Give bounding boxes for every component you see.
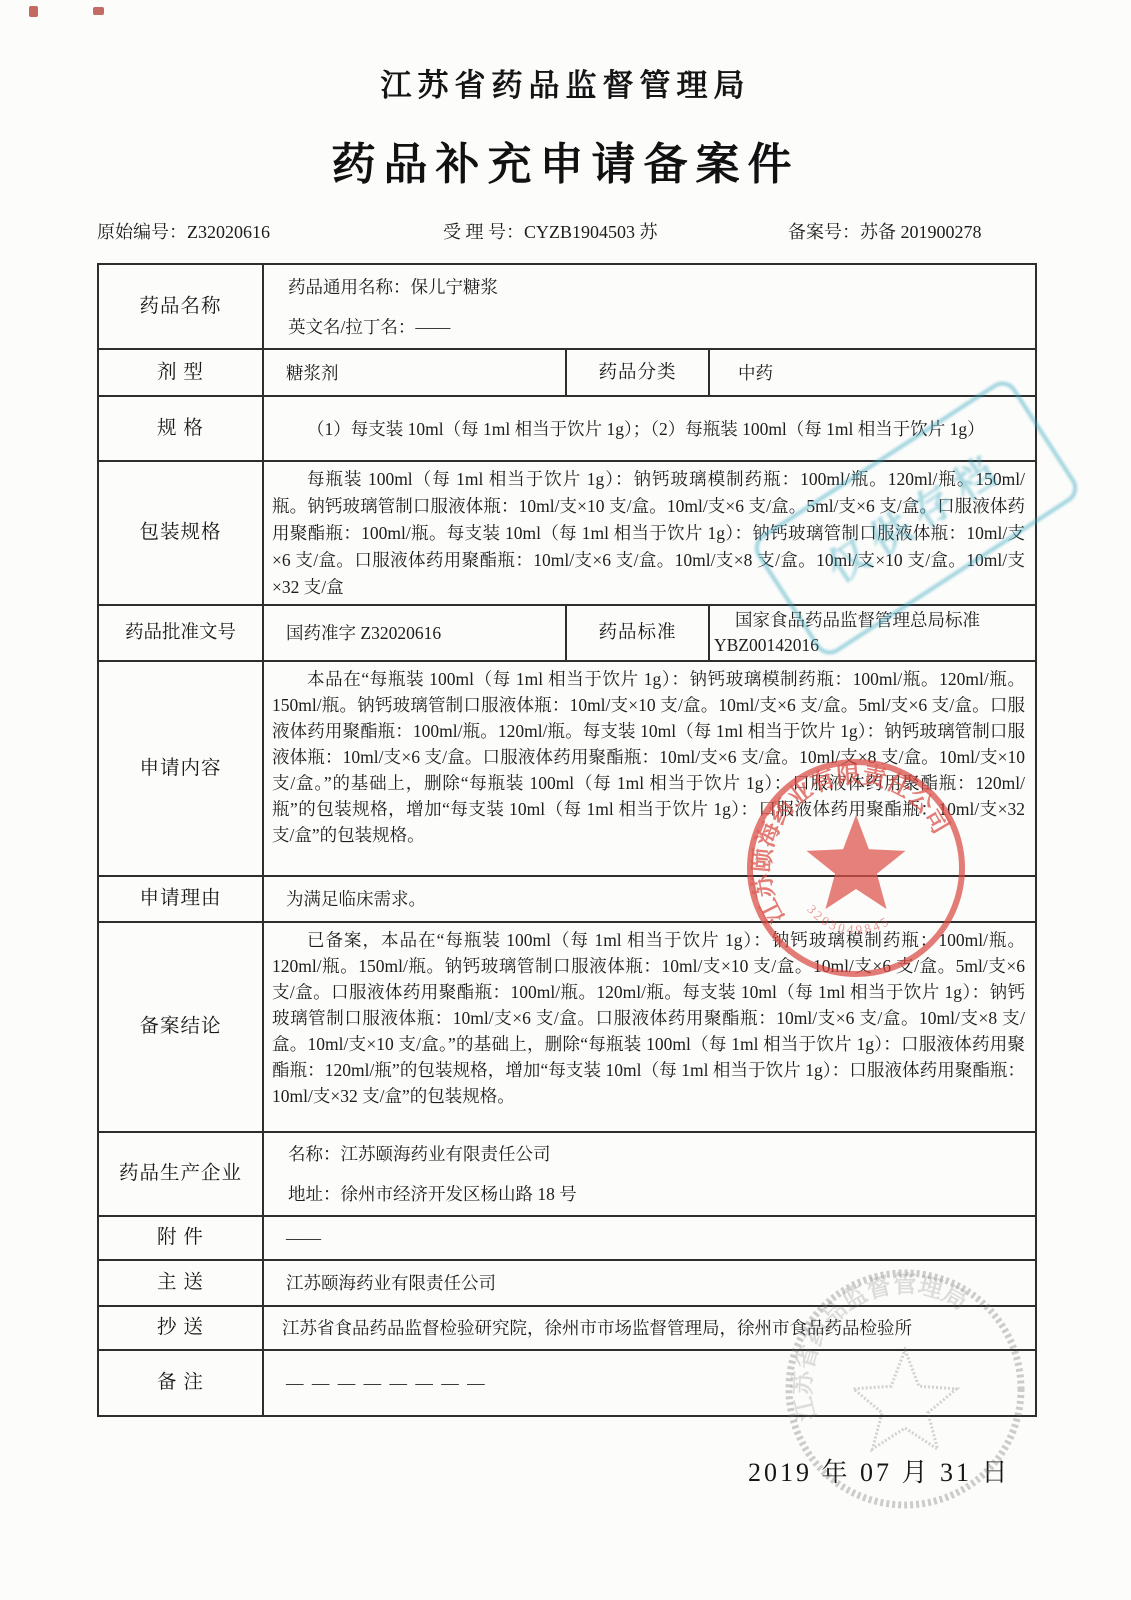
table-row: 备 注 — — — — — — — — [98,1350,1036,1416]
table-row: 剂 型 糖浆剂 药品分类 中药 [98,349,1036,396]
attachment-label: 附 件 [98,1216,263,1260]
application-content-label: 申请内容 [98,661,263,876]
table-row: 抄 送 江苏省食品药品监督检验研究院，徐州市市场监督管理局，徐州市食品药品检验所 [98,1306,1036,1350]
filing-conclusion-value: 已备案，本品在“每瓶装 100ml（每 1ml 相当于饮片 1g）：钠钙玻璃模制… [272,927,1025,1109]
table-row: 规 格 （1）每支装 10ml（每 1ml 相当于饮片 1g）；（2）每瓶装 1… [98,396,1036,461]
dosage-form-label: 剂 型 [98,349,263,396]
drug-standard-label: 药品标准 [566,605,709,661]
drug-name-label: 药品名称 [98,264,263,349]
packaging-value: 每瓶装 100ml（每 1ml 相当于饮片 1g）：钠钙玻璃模制药瓶：100ml… [272,466,1025,601]
original-number-label: 原始编号： [97,222,187,242]
table-row: 包装规格 每瓶装 100ml（每 1ml 相当于饮片 1g）：钠钙玻璃模制药瓶：… [98,461,1036,605]
table-row: 备案结论 已备案，本品在“每瓶装 100ml（每 1ml 相当于饮片 1g）：钠… [98,922,1036,1132]
filing-record-table: 药品名称 药品通用名称：保儿宁糖浆 英文名/拉丁名：—— 剂 型 糖浆剂 药品分… [97,263,1037,1417]
application-reason-value: 为满足临床需求。 [264,882,1035,916]
application-content-value: 本品在“每瓶装 100ml（每 1ml 相当于饮片 1g）：钠钙玻璃模制药瓶：1… [272,666,1025,848]
issuing-authority-title: 江苏省药品监督管理局 [0,60,1131,105]
drug-category-label: 药品分类 [566,349,709,396]
filing-conclusion-label: 备案结论 [98,922,263,1132]
main-recipient-value: 江苏颐海药业有限责任公司 [264,1266,1035,1300]
application-reason-label: 申请理由 [98,876,263,922]
drug-category-value: 中药 [710,356,1035,390]
acceptance-number-value: CYZB1904503 苏 [524,222,658,242]
attachment-value: —— [264,1221,1035,1255]
drug-generic-name: 药品通用名称：保儿宁糖浆 [264,274,1035,300]
table-row: 主 送 江苏颐海药业有限责任公司 [98,1260,1036,1306]
packaging-label: 包装规格 [98,461,263,605]
ink-speck [93,7,104,15]
table-row: 药品名称 药品通用名称：保儿宁糖浆 英文名/拉丁名：—— [98,264,1036,349]
remark-value: — — — — — — — — [264,1366,1035,1400]
acceptance-number: 受 理 号：CYZB1904503 苏 [443,218,658,244]
cc-value: 江苏省食品药品监督检验研究院，徐州市市场监督管理局，徐州市食品药品检验所 [264,1311,1035,1345]
drug-standard-value: 国家食品药品监督管理总局标准YBZ00142016 [710,606,1035,660]
table-row: 附 件 —— [98,1216,1036,1260]
dosage-form-value: 糖浆剂 [264,356,565,390]
filing-number-label: 备案号： [788,222,860,242]
document-title: 药品补充申请备案件 [0,128,1131,192]
manufacturer-address: 地址：徐州市经济开发区杨山路 18 号 [264,1181,1035,1207]
approval-number-label: 药品批准文号 [98,605,263,661]
approval-number-value: 国药准字 Z32020616 [264,616,565,650]
scanned-document-page: 江苏省药品监督管理局 药品补充申请备案件 原始编号：Z32020616 受 理 … [0,0,1131,1600]
table-row: 申请内容 本品在“每瓶装 100ml（每 1ml 相当于饮片 1g）：钠钙玻璃模… [98,661,1036,876]
original-number: 原始编号：Z32020616 [97,218,270,244]
spec-label: 规 格 [98,396,263,461]
cc-label: 抄 送 [98,1306,263,1350]
issue-date: 2019 年 07 月 31 日 [748,1452,1011,1489]
table-row: 申请理由 为满足临床需求。 [98,876,1036,922]
original-number-value: Z32020616 [187,222,270,242]
table-row: 药品生产企业 名称：江苏颐海药业有限责任公司 地址：徐州市经济开发区杨山路 18… [98,1132,1036,1216]
remark-label: 备 注 [98,1350,263,1416]
filing-number: 备案号：苏备 201900278 [788,218,982,244]
table-row: 药品批准文号 国药准字 Z32020616 药品标准 国家食品药品监督管理总局标… [98,605,1036,661]
filing-number-value: 苏备 201900278 [860,222,982,242]
spec-value: （1）每支装 10ml（每 1ml 相当于饮片 1g）；（2）每瓶装 100ml… [272,416,1025,442]
manufacturer-label: 药品生产企业 [98,1132,263,1216]
drug-english-name: 英文名/拉丁名：—— [264,314,1035,340]
acceptance-number-label: 受 理 号： [443,222,524,242]
manufacturer-name: 名称：江苏颐海药业有限责任公司 [264,1141,1035,1167]
main-recipient-label: 主 送 [98,1260,263,1306]
ink-speck [29,6,38,17]
